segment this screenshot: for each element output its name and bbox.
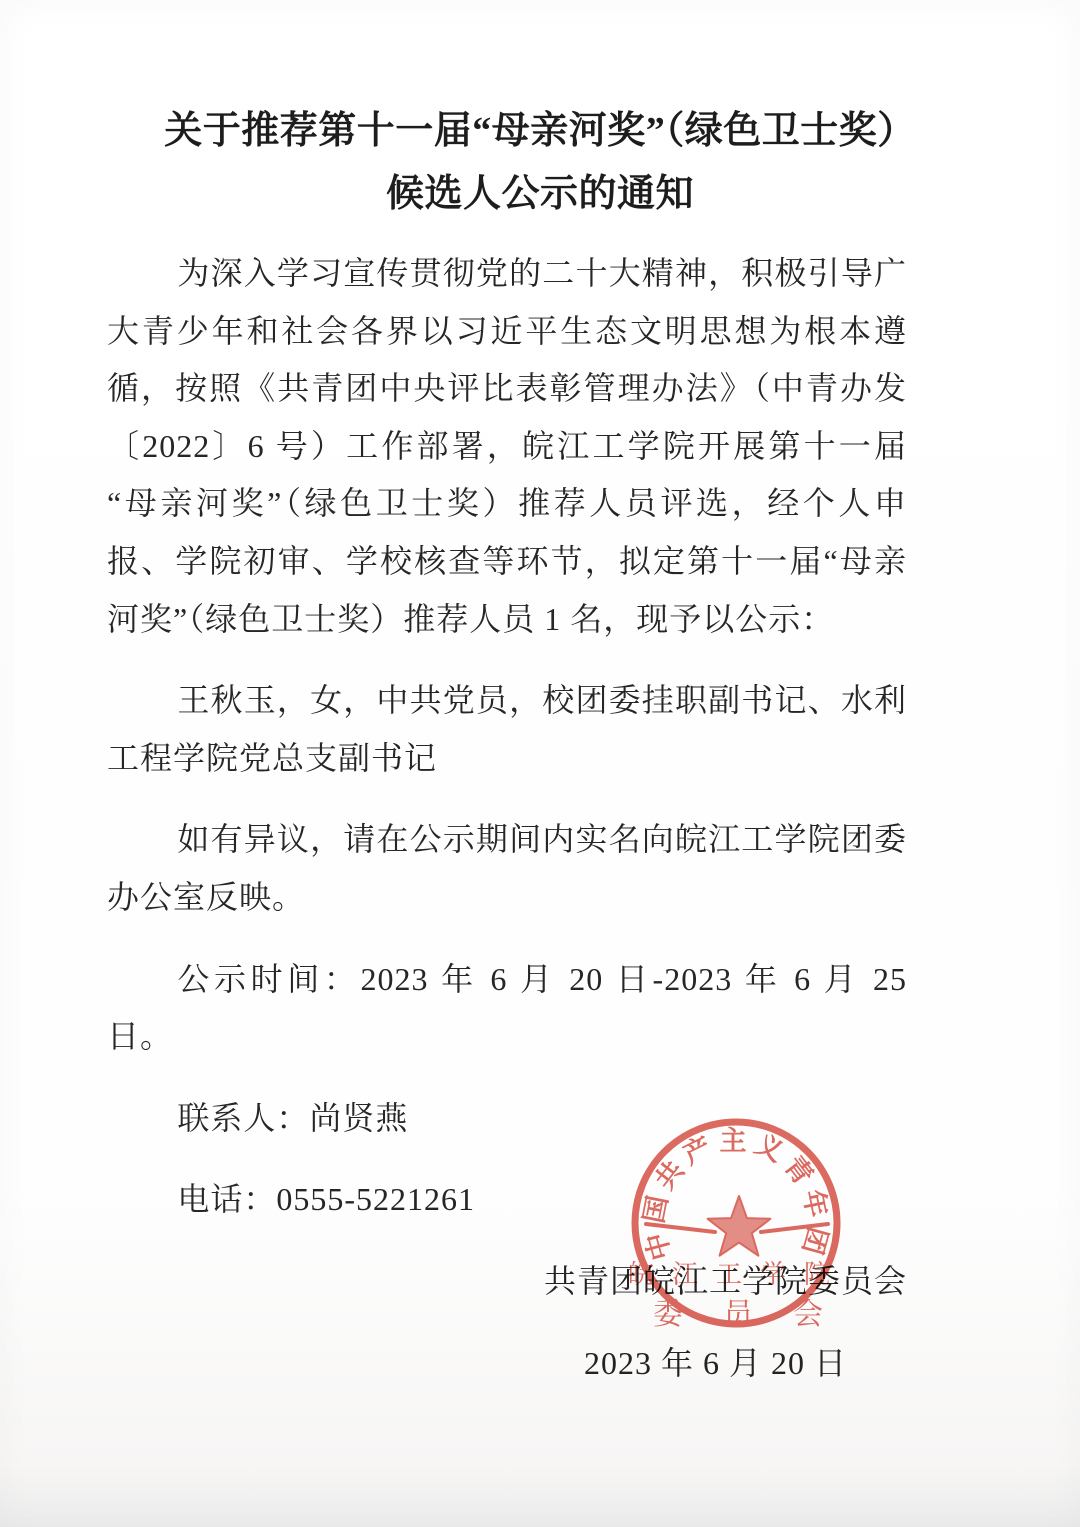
official-seal: 中国共产主义青年团 皖江工学院 委员会 <box>625 1112 847 1334</box>
title-line-2: 候选人公示的通知 <box>0 163 1080 226</box>
paragraph-candidate: 王秋玉，女，中共党员，校团委挂职副书记、水利工程学院党总支副书记 <box>107 672 907 787</box>
document-title: 关于推荐第十一届“母亲河奖”（绿色卫士奖） 候选人公示的通知 <box>0 100 1080 226</box>
seal-org-line1: 皖江工学院 <box>628 1260 847 1289</box>
paragraph-publicity-period: 公示时间：2023 年 6 月 20 日-2023 年 6 月 25 日。 <box>107 951 907 1066</box>
seal-star <box>708 1196 771 1256</box>
paragraph-intro: 为深入学习宣传贯彻党的二十大精神，积极引导广大青少年和社会各界以习近平生态文明思… <box>107 245 907 648</box>
seal-graphic: 中国共产主义青年团 皖江工学院 委员会 <box>625 1112 847 1334</box>
seal-org-line2: 委员会 <box>653 1298 847 1331</box>
title-line-1: 关于推荐第十一届“母亲河奖”（绿色卫士奖） <box>0 100 1080 163</box>
signature-date: 2023 年 6 月 20 日 <box>107 1335 907 1393</box>
document-page: 关于推荐第十一届“母亲河奖”（绿色卫士奖） 候选人公示的通知 为深入学习宣传贯彻… <box>0 0 1080 1527</box>
paragraph-objection: 如有异议，请在公示期间内实名向皖江工学院团委办公室反映。 <box>107 811 907 926</box>
